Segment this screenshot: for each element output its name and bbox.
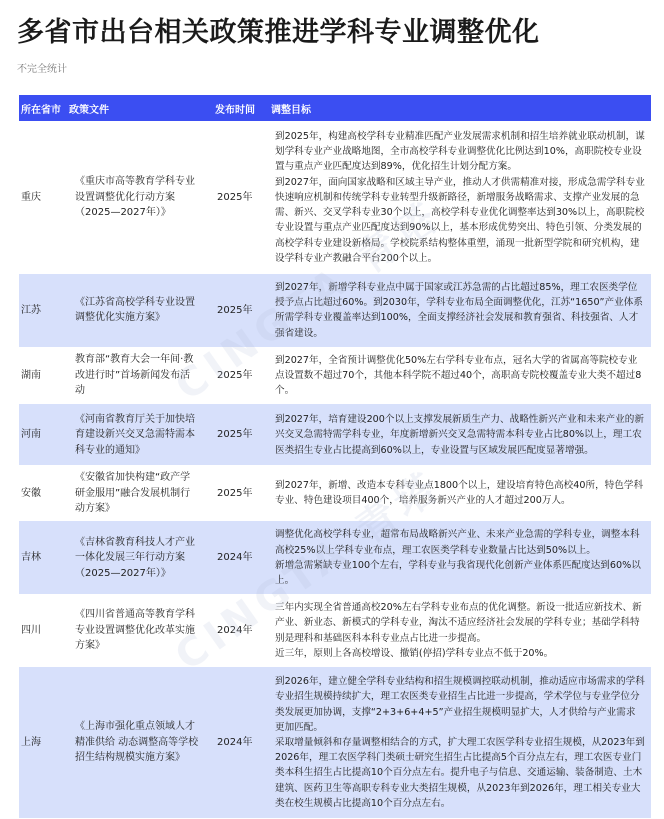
year-cell: 2025年 — [203, 465, 265, 521]
table-row: 四川 《四川省普通高等教育学科专业设置调整优化改革实施方案》 2024年 三年内… — [19, 594, 651, 667]
province-cell: 上海 — [19, 667, 65, 818]
province-cell: 江苏 — [19, 274, 65, 347]
table-row: 重庆 《重庆市高等教育学科专业设置调整优化行动方案（2025—2027年）》 2… — [19, 121, 651, 274]
table-row: 吉林 《吉林省教育科技人才产业一体化发展三年行动方案（2025—2027年）》 … — [19, 521, 651, 594]
header-province: 所在省市 — [19, 95, 65, 121]
goal-text: 采取增量倾斜和存量调整相结合的方式，扩大理工农医学科专业招生规模，从2023年到… — [275, 735, 645, 811]
goal-text: 到2025年，构建高校学科专业精准匹配产业发展需求机制和招生培养就业联动机制，谋… — [275, 129, 645, 175]
goal-cell: 到2027年，新增学科专业点中属于国家或江苏急需的占比超过85%，理工农医类学位… — [265, 274, 651, 347]
goal-text: 调整优化高校学科专业，超常布局战略新兴产业、未来产业急需的学科专业，调整本科高校… — [275, 527, 645, 557]
goal-cell: 三年内实现全省普通高校20%左右学科专业布点的优化调整。新设一批适应新技术、新产… — [265, 594, 651, 667]
year-cell: 2024年 — [203, 521, 265, 594]
policy-table: 所在省市 政策文件 发布时间 调整目标 重庆 《重庆市高等教育学科专业设置调整优… — [19, 95, 651, 818]
document-cell: 教育部“教育大会一年间·教改进行时”首场新闻发布活动 — [65, 347, 203, 405]
table-row: 湖南 教育部“教育大会一年间·教改进行时”首场新闻发布活动 2025年 到202… — [19, 347, 651, 405]
goal-cell: 到2027年，全省预计调整优化50%左右学科专业布点，冠名大学的省属高等院校专业… — [265, 347, 651, 405]
province-cell: 吉林 — [19, 521, 65, 594]
table-row: 上海 《上海市强化重点领域人才精准供给 动态调整高等学校招生结构规模实施方案》 … — [19, 667, 651, 818]
goal-text: 三年内实现全省普通高校20%左右学科专业布点的优化调整。新设一批适应新技术、新产… — [275, 600, 645, 646]
province-cell: 安徽 — [19, 465, 65, 521]
header-goals: 调整目标 — [265, 95, 651, 121]
goal-text: 到2027年，新增、改造本专科专业点1800个以上，建设培育特色高校40所，特色… — [275, 478, 645, 508]
document-cell: 《重庆市高等教育学科专业设置调整优化行动方案（2025—2027年）》 — [65, 121, 203, 274]
province-cell: 湖南 — [19, 347, 65, 405]
header-document: 政策文件 — [65, 95, 203, 121]
document-cell: 《安徽省加快构建“政产学研金服用”融合发展机制行动方案》 — [65, 465, 203, 521]
province-cell: 河南 — [19, 404, 65, 465]
document-cell: 《上海市强化重点领域人才精准供给 动态调整高等学校招生结构规模实施方案》 — [65, 667, 203, 818]
goal-text: 到2027年，全省预计调整优化50%左右学科专业布点，冠名大学的省属高等院校专业… — [275, 353, 645, 399]
goal-text: 到2026年，建立健全学科专业结构和招生规模调控联动机制，推动适应市场需求的学科… — [275, 674, 645, 735]
goal-text: 近三年，原则上各高校增设、撤销(停招)学科专业点不低于20%。 — [275, 646, 645, 661]
table-row: 安徽 《安徽省加快构建“政产学研金服用”融合发展机制行动方案》 2025年 到2… — [19, 465, 651, 521]
document-cell: 《四川省普通高等教育学科专业设置调整优化改革实施方案》 — [65, 594, 203, 667]
goal-cell: 到2027年，新增、改造本专科专业点1800个以上，建设培育特色高校40所，特色… — [265, 465, 651, 521]
year-cell: 2025年 — [203, 404, 265, 465]
goal-text: 到2027年，面向国家战略和区域主导产业，推动人才供需精准对接，形成急需学科专业… — [275, 175, 645, 266]
goal-cell: 到2027年，培育建设200个以上支撑发展新质生产力、战略性新兴产业和未来产业的… — [265, 404, 651, 465]
page-subtitle: 不完全统计 — [17, 60, 67, 75]
goal-text: 到2027年，培育建设200个以上支撑发展新质生产力、战略性新兴产业和未来产业的… — [275, 412, 645, 458]
province-cell: 四川 — [19, 594, 65, 667]
document-cell: 《河南省教育厅关于加快培育建设新兴交叉急需特需本科专业的通知》 — [65, 404, 203, 465]
province-cell: 重庆 — [19, 121, 65, 274]
table-row: 江苏 《江苏省高校学科专业设置调整优化实施方案》 2025年 到2027年，新增… — [19, 274, 651, 347]
year-cell: 2025年 — [203, 121, 265, 274]
year-cell: 2025年 — [203, 274, 265, 347]
goal-cell: 到2026年，建立健全学科专业结构和招生规模调控联动机制，推动适应市场需求的学科… — [265, 667, 651, 818]
document-cell: 《吉林省教育科技人才产业一体化发展三年行动方案（2025—2027年）》 — [65, 521, 203, 594]
goal-cell: 调整优化高校学科专业，超常布局战略新兴产业、未来产业急需的学科专业，调整本科高校… — [265, 521, 651, 594]
table-row: 河南 《河南省教育厅关于加快培育建设新兴交叉急需特需本科专业的通知》 2025年… — [19, 404, 651, 465]
year-cell: 2024年 — [203, 594, 265, 667]
page-title: 多省市出台相关政策推进学科专业调整优化 — [17, 10, 540, 49]
document-cell: 《江苏省高校学科专业设置调整优化实施方案》 — [65, 274, 203, 347]
goal-text: 新增急需紧缺专业100个左右，学科专业与我省现代化创新产业体系匹配度达到60%以… — [275, 558, 645, 588]
header-year: 发布时间 — [203, 95, 265, 121]
goal-cell: 到2025年，构建高校学科专业精准匹配产业发展需求机制和招生培养就业联动机制，谋… — [265, 121, 651, 274]
goal-text: 到2027年，新增学科专业点中属于国家或江苏急需的占比超过85%，理工农医类学位… — [275, 280, 645, 341]
table-header-row: 所在省市 政策文件 发布时间 调整目标 — [19, 95, 651, 121]
year-cell: 2024年 — [203, 667, 265, 818]
year-cell: 2025年 — [203, 347, 265, 405]
